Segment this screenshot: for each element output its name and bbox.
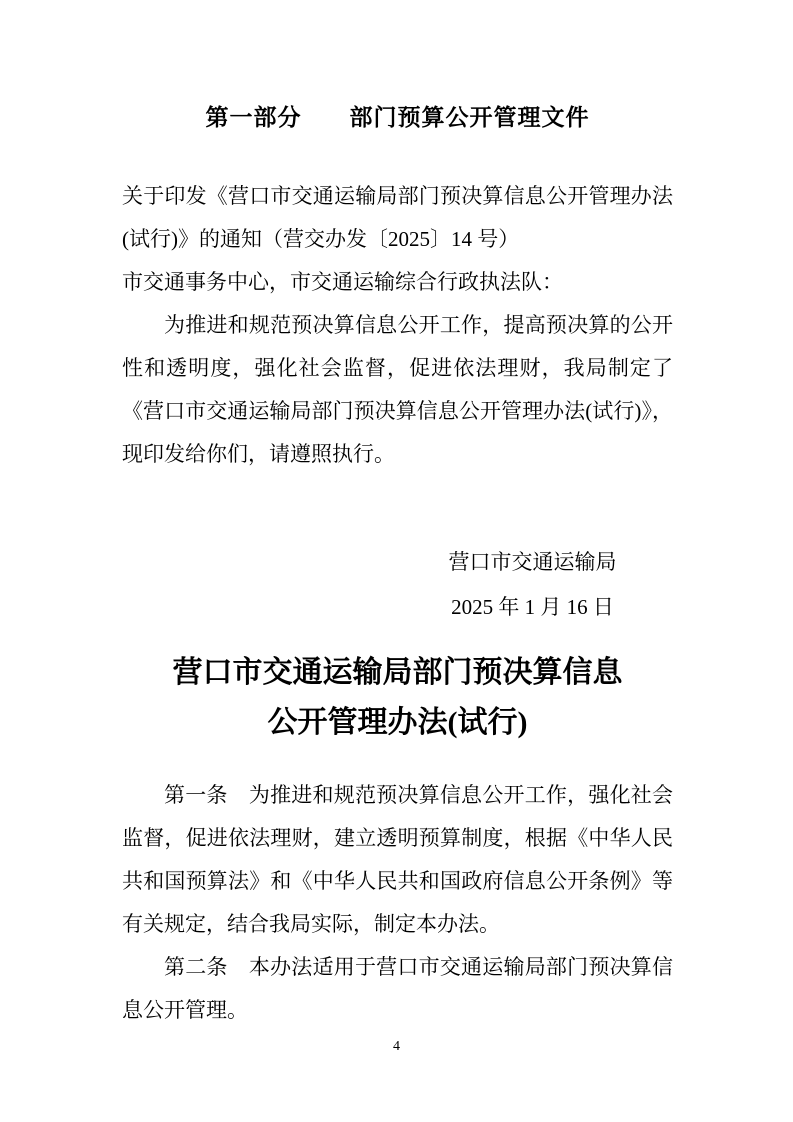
signature-org: 营口市交通运输局 <box>392 540 673 585</box>
section-heading: 第一部分 部门预算公开管理文件 <box>122 100 673 136</box>
article-1: 第一条 为推进和规范预决算信息公开工作，强化社会监督，促进依法理财，建立透明预算… <box>122 774 673 946</box>
regulation-title: 营口市交通运输局部门预决算信息 公开管理办法(试行) <box>122 648 673 748</box>
signature-date: 2025 年 1 月 16 日 <box>392 585 673 630</box>
regulation-articles: 第一条 为推进和规范预决算信息公开工作，强化社会监督，促进依法理财，建立透明预算… <box>122 774 673 1032</box>
notice-body: 为推进和规范预决算信息公开工作，提高预决算的公开性和透明度，强化社会监督，促进依… <box>122 304 673 476</box>
article-2: 第二条 本办法适用于营口市交通运输局部门预决算信息公开管理。 <box>122 946 673 1032</box>
document-page: 第一部分 部门预算公开管理文件 关于印发《营口市交通运输局部门预决算信息公开管理… <box>0 0 793 1122</box>
signature-block: 营口市交通运输局 2025 年 1 月 16 日 <box>122 540 673 630</box>
notice-title: 关于印发《营口市交通运输局部门预决算信息公开管理办法(试行)》的通知（营交办发〔… <box>122 175 673 261</box>
page-number: 4 <box>0 1038 793 1056</box>
notice-recipients: 市交通事务中心，市交通运输综合行政执法队： <box>122 261 673 304</box>
